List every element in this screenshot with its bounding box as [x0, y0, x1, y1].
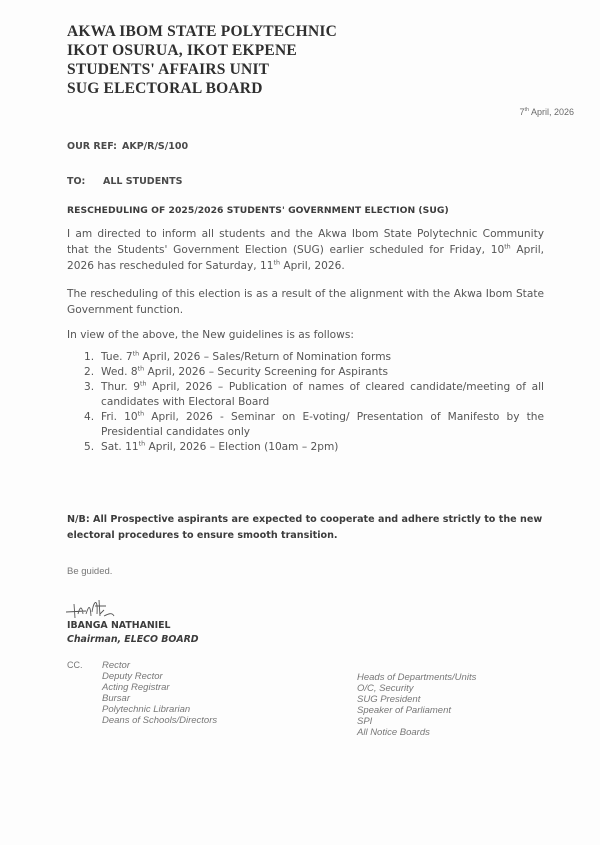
letter-page: AKWA IBOM STATE POLYTECHNIC IKOT OSURUA,… [0, 0, 600, 845]
recipient-line: TO:ALL STUDENTS [67, 176, 182, 187]
item-text: April, 2026 – Election (10am – 2pm) [145, 441, 338, 453]
item-text: April, 2026 – Publication of names of cl… [101, 381, 544, 408]
reference-value: AKP/R/S/100 [122, 141, 188, 152]
cc-recipient: Heads of Departments/Units [357, 672, 476, 683]
item-text: April, 2026 - Seminar on E-voting/ Prese… [101, 411, 544, 438]
cc-recipient: Deans of Schools/Directors [102, 715, 217, 726]
closing-remark: Be guided. [67, 566, 112, 577]
recipient-label: TO: [67, 176, 103, 187]
cc-recipient: Bursar [102, 693, 217, 704]
guideline-item: 2.Wed. 8th April, 2026 – Security Screen… [84, 365, 544, 380]
item-day: Tue. 7 [101, 351, 133, 363]
paragraph-reason: The rescheduling of this election is as … [67, 286, 544, 318]
reference-line: OUR REF:AKP/R/S/100 [67, 141, 188, 152]
institution-name: AKWA IBOM STATE POLYTECHNIC [67, 22, 337, 41]
guideline-item: 4.Fri. 10th April, 2026 - Seminar on E-v… [84, 410, 544, 440]
item-text: April, 2026 – Security Screening for Asp… [144, 366, 388, 378]
item-day: Thur. 9 [101, 381, 140, 393]
item-number: 2. [84, 365, 94, 380]
guideline-item: 3.Thur. 9th April, 2026 – Publication of… [84, 380, 544, 410]
item-number: 4. [84, 410, 94, 425]
item-text: April, 2026 – Sales/Return of Nomination… [139, 351, 391, 363]
reference-label: OUR REF: [67, 141, 122, 152]
paragraph-guidelines-intro: In view of the above, the New guidelines… [67, 327, 544, 343]
letter-subject: RESCHEDULING OF 2025/2026 STUDENTS' GOVE… [67, 205, 449, 216]
paragraph-announcement: I am directed to inform all students and… [67, 226, 544, 274]
item-number: 3. [84, 380, 94, 395]
cc-list-left: Rector Deputy Rector Acting Registrar Bu… [102, 660, 217, 726]
signatory-title: Chairman, ELECO BOARD [67, 634, 199, 645]
letter-date: 7th April, 2026 [519, 107, 574, 117]
cc-label: CC. [67, 660, 83, 670]
letterhead: AKWA IBOM STATE POLYTECHNIC IKOT OSURUA,… [67, 22, 337, 98]
cc-recipient: All Notice Boards [357, 727, 476, 738]
item-day: Sat. 11 [101, 441, 139, 453]
signatory-name: IBANGA NATHANIEL [67, 620, 171, 631]
p1-text-a: I am directed to inform all students and… [67, 228, 544, 256]
date-rest: April, 2026 [529, 107, 574, 117]
item-number: 1. [84, 350, 94, 365]
cc-recipient: Polytechnic Librarian [102, 704, 217, 715]
institution-address: IKOT OSURUA, IKOT EKPENE [67, 41, 337, 60]
cc-recipient: Speaker of Parliament [357, 705, 476, 716]
recipient-value: ALL STUDENTS [103, 176, 182, 187]
cc-list-right: Heads of Departments/Units O/C, Security… [357, 672, 476, 738]
guideline-item: 5.Sat. 11th April, 2026 – Election (10am… [84, 440, 544, 455]
item-number: 5. [84, 440, 94, 455]
guidelines-list: 1.Tue. 7th April, 2026 – Sales/Return of… [84, 350, 544, 455]
p1-text-c: April, 2026. [280, 260, 345, 272]
unit-name: STUDENTS' AFFAIRS UNIT [67, 60, 337, 79]
note-paragraph: N/B: All Prospective aspirants are expec… [67, 512, 547, 544]
cc-recipient: SPI [357, 716, 476, 727]
item-day: Wed. 8 [101, 366, 138, 378]
item-day: Fri. 10 [101, 411, 138, 423]
signature-icon [64, 592, 124, 622]
cc-recipient: O/C, Security [357, 683, 476, 694]
guideline-item: 1.Tue. 7th April, 2026 – Sales/Return of… [84, 350, 544, 365]
cc-recipient: Rector [102, 660, 217, 671]
board-name: SUG ELECTORAL BOARD [67, 79, 337, 98]
cc-recipient: Deputy Rector [102, 671, 217, 682]
cc-recipient: SUG President [357, 694, 476, 705]
cc-recipient: Acting Registrar [102, 682, 217, 693]
